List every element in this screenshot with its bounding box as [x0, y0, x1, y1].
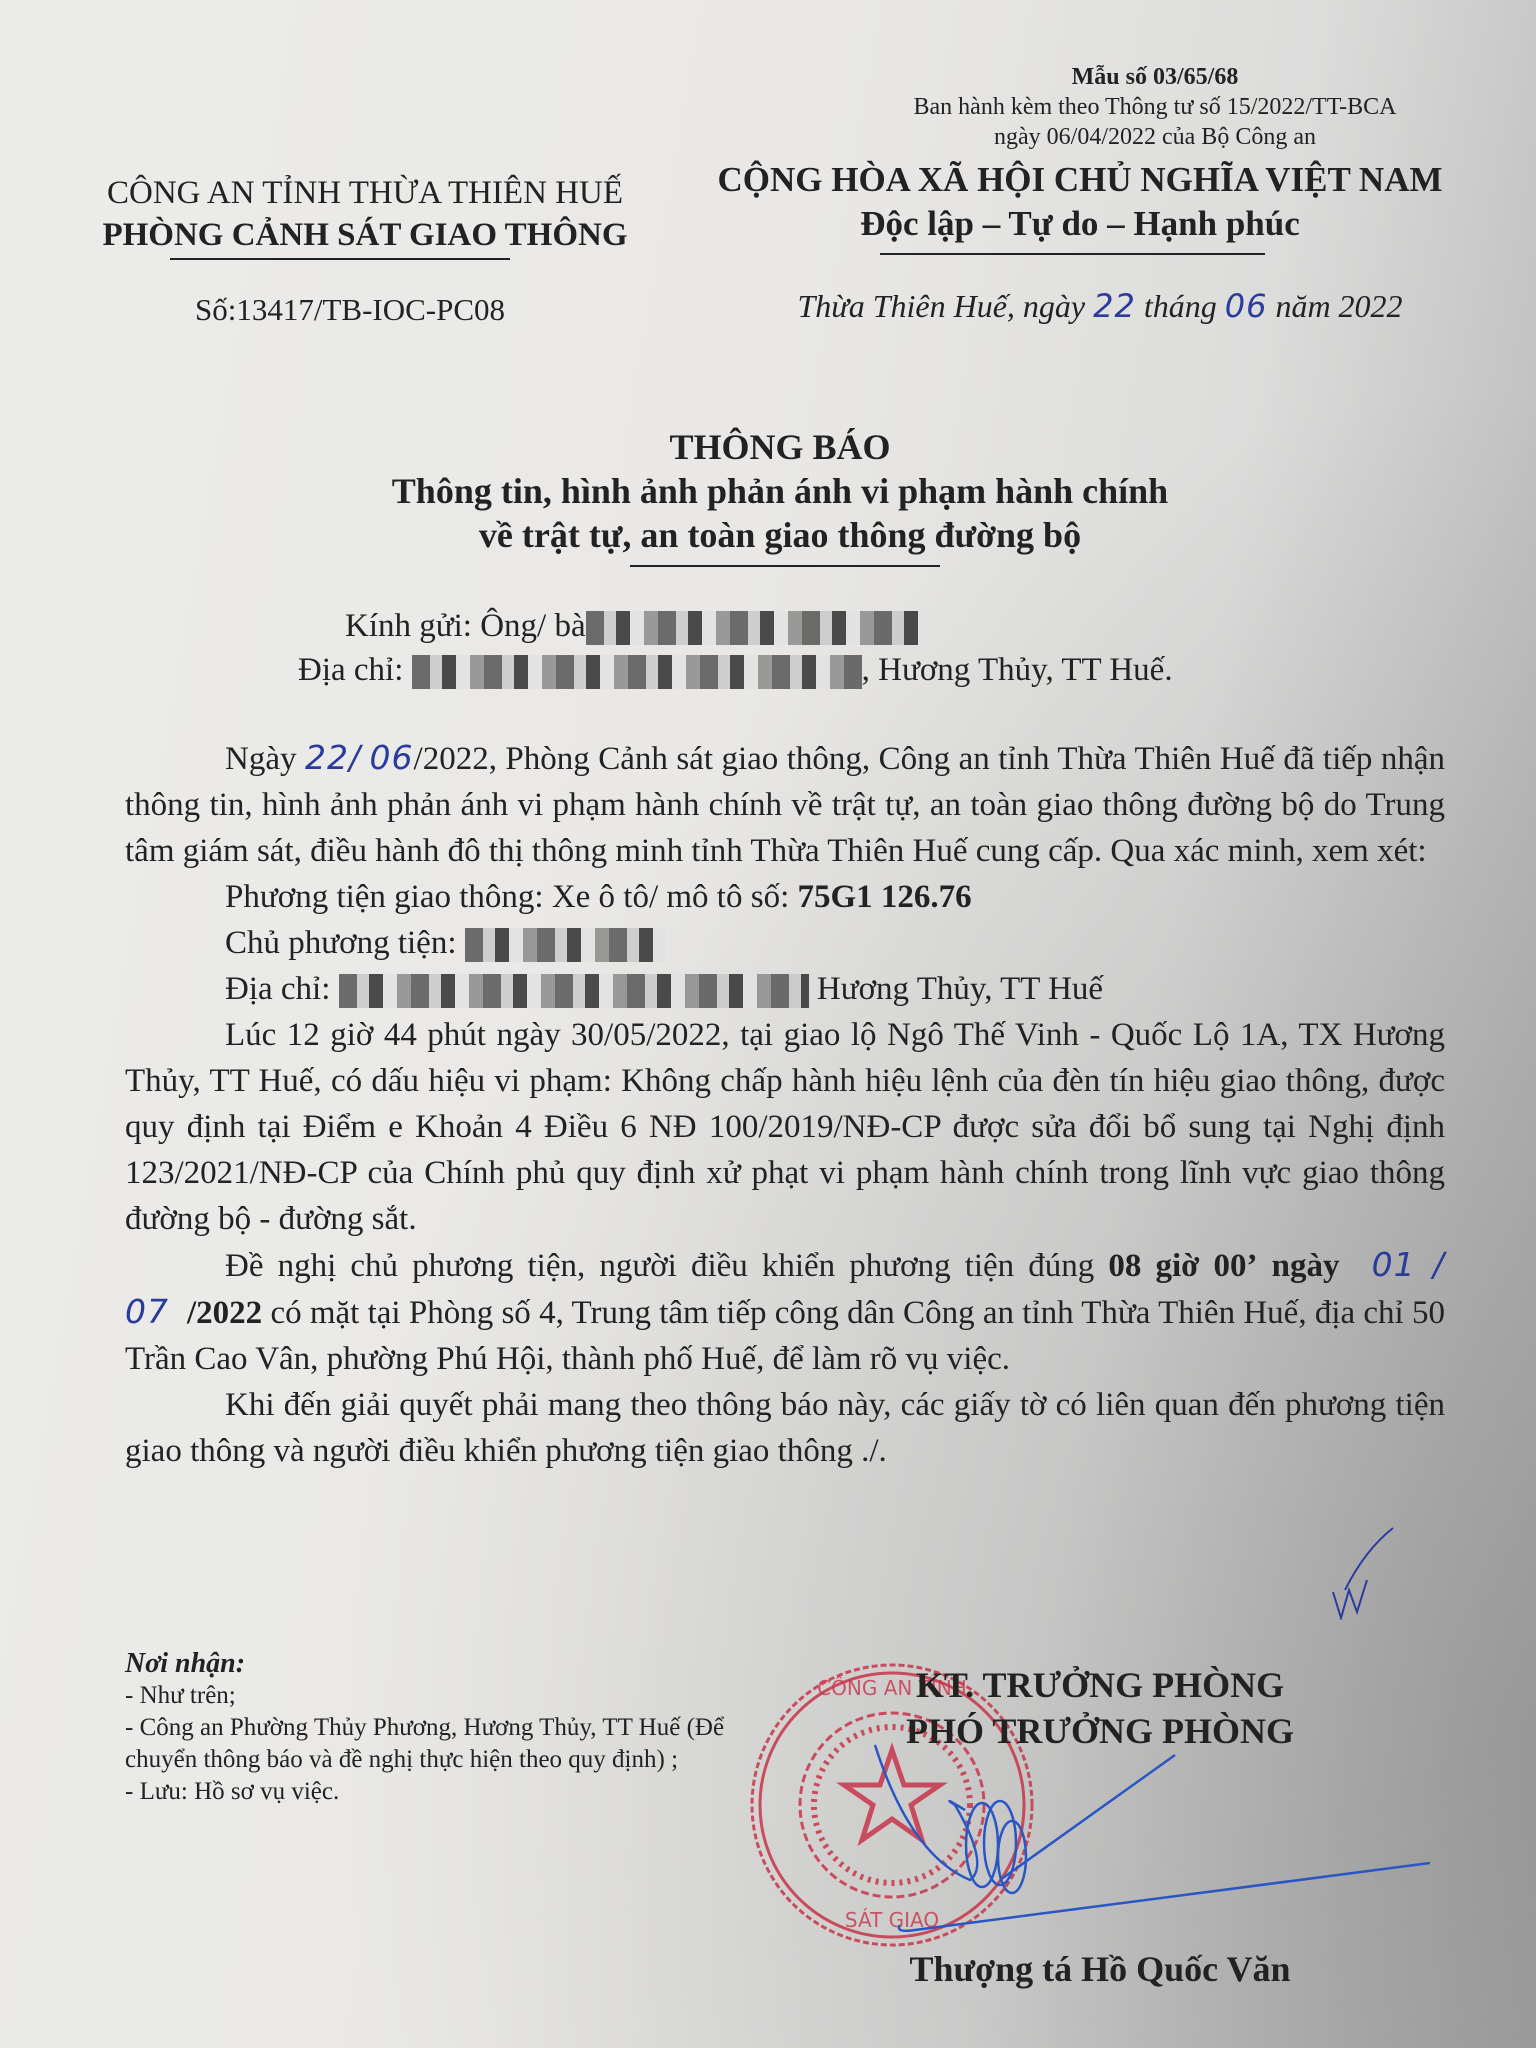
title-main: THÔNG BÁO	[280, 425, 1280, 469]
title-sub1: Thông tin, hình ảnh phản ánh vi phạm hàn…	[280, 469, 1280, 513]
form-number: Mẫu số 03/65/68	[875, 62, 1435, 92]
handwritten-initial-mark	[1325, 1520, 1395, 1620]
recipient-item: - Như trên;	[125, 1680, 725, 1712]
paragraph-request: Đề nghị chủ phương tiện, người điều khiể…	[125, 1242, 1445, 1382]
recipients-heading: Nơi nhận:	[125, 1648, 725, 1680]
redacted-owner-address	[339, 974, 809, 1008]
salutation-line: Kính gửi: Ông/ bà	[345, 608, 926, 645]
recipients-list: Nơi nhận: - Như trên; - Công an Phường T…	[125, 1648, 725, 1808]
agency-parent: CÔNG AN TỈNH THỪA THIÊN HUẾ	[70, 172, 660, 214]
handwritten-month: 06	[1225, 287, 1268, 325]
vehicle-plate: 75G1 126.76	[798, 879, 972, 915]
handwritten-signature	[870, 1735, 1440, 1965]
form-issued-line2: ngày 06/04/2022 của Bộ Công an	[875, 122, 1435, 152]
paragraph-received: Ngày 22/ 06/2022, Phòng Cảnh sát giao th…	[125, 735, 1445, 874]
handwritten-received-month: 06	[370, 738, 414, 777]
redacted-owner	[465, 928, 665, 962]
request-suffix: có mặt tại Phòng số 4, Trung tâm tiếp cô…	[125, 1295, 1445, 1377]
agency-block: CÔNG AN TỈNH THỪA THIÊN HUẾ PHÒNG CẢNH S…	[70, 172, 660, 256]
owner-address-line: Địa chỉ: Hương Thủy, TT Huế	[125, 966, 1445, 1012]
redacted-address	[412, 655, 862, 689]
title-sub2: về trật tự, an toàn giao thông đường bộ	[280, 513, 1280, 557]
agency-name: PHÒNG CẢNH SÁT GIAO THÔNG	[70, 214, 660, 256]
salutation: Kính gửi: Ông/ bà	[345, 608, 586, 644]
title-underline	[630, 565, 940, 567]
notice-body: Ngày 22/ 06/2022, Phòng Cảnh sát giao th…	[125, 735, 1445, 1474]
paragraph-violation: Lúc 12 giờ 44 phút ngày 30/05/2022, tại …	[125, 1012, 1445, 1242]
notice-document: Mẫu số 03/65/68 Ban hành kèm theo Thông …	[0, 0, 1536, 2048]
year-text: năm 2022	[1275, 288, 1402, 324]
paragraph-closing: Khi đến giải quyết phải mang theo thông …	[125, 1382, 1445, 1474]
signature-line1: KT. TRƯỞNG PHÒNG	[830, 1662, 1370, 1708]
request-day-label: ngày	[1272, 1248, 1340, 1284]
redacted-name	[586, 611, 926, 645]
handwritten-received-day: 22/	[305, 738, 361, 777]
recipient-item: - Lưu: Hồ sơ vụ việc.	[125, 1776, 725, 1808]
form-number-block: Mẫu số 03/65/68 Ban hành kèm theo Thông …	[875, 62, 1435, 152]
request-year: /2022	[187, 1295, 262, 1331]
handwritten-day: 22	[1093, 287, 1136, 325]
national-header: CỘNG HÒA XÃ HỘI CHỦ NGHĨA VIỆT NAM Độc l…	[690, 158, 1470, 246]
motto-underline	[880, 253, 1265, 255]
place-date: Thừa Thiên Huế, ngày 22 tháng 06 năm 202…	[720, 287, 1480, 325]
nation-motto: Độc lập – Tự do – Hạnh phúc	[690, 202, 1470, 246]
request-prefix: Đề nghị chủ phương tiện, người điều khiể…	[225, 1248, 1094, 1284]
document-number: Số:13417/TB-IOC-PC08	[120, 292, 580, 328]
signer-name: Thượng tá Hồ Quốc Văn	[820, 1948, 1380, 1990]
recipient-address-line: Địa chỉ: , Hương Thủy, TT Huế.	[298, 652, 1173, 689]
request-time: 08 giờ 00’	[1108, 1248, 1257, 1284]
address-suffix: , Hương Thủy, TT Huế.	[862, 652, 1173, 688]
p1-prefix: Ngày	[225, 741, 296, 777]
vehicle-line: Phương tiện giao thông: Xe ô tô/ mô tô s…	[125, 874, 1445, 920]
recipient-item: - Công an Phường Thủy Phương, Hương Thủy…	[125, 1712, 725, 1776]
month-label: tháng	[1144, 288, 1217, 324]
vehicle-label: Phương tiện giao thông: Xe ô tô/ mô tô s…	[225, 879, 789, 915]
notice-title: THÔNG BÁO Thông tin, hình ảnh phản ánh v…	[280, 425, 1280, 557]
owner-label: Chủ phương tiện:	[225, 925, 457, 961]
owner-address-suffix: Hương Thủy, TT Huế	[817, 971, 1103, 1007]
agency-underline	[170, 258, 510, 260]
place-prefix: Thừa Thiên Huế, ngày	[797, 288, 1085, 324]
owner-address-label: Địa chỉ:	[225, 971, 330, 1007]
nation-name: CỘNG HÒA XÃ HỘI CHỦ NGHĨA VIỆT NAM	[690, 158, 1470, 202]
address-label: Địa chỉ:	[298, 652, 403, 688]
form-issued-line1: Ban hành kèm theo Thông tư số 15/2022/TT…	[875, 92, 1435, 122]
owner-line: Chủ phương tiện:	[125, 920, 1445, 966]
